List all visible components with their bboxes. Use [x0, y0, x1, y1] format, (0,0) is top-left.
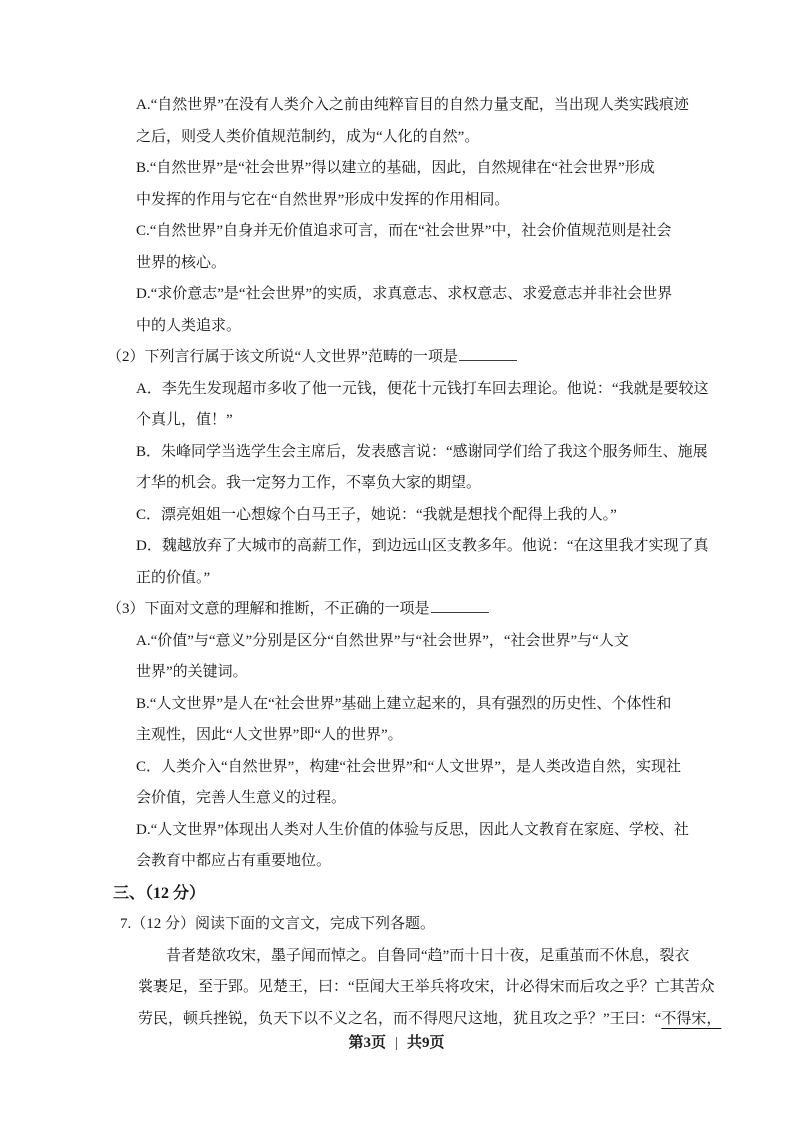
q1-option-c-line-1: C.“自然世界”自身并无价值追求可言，而在“社会世界”中，社会价值规范则是社会 [136, 216, 793, 248]
exam-page: A.“自然世界”在没有人类介入之前由纯粹盲目的自然力量支配，当出现人类实践痕迹 … [0, 0, 793, 1035]
q3-option-b-line-1: B.“人文世界”是人在“社会世界”基础上建立起来的，具有强烈的历史性、个体性和 [136, 689, 793, 721]
page-number: 第3页 [348, 1035, 386, 1051]
q3-stem: （3）下面对文意的理解和推断，不正确的一项是 [107, 594, 793, 626]
q3-option-a-line-1: A.“价值”与“意义”分别是区分“自然世界”与“社会世界”，“社会世界”与“人文 [136, 626, 793, 658]
page-total: 共9页 [407, 1035, 445, 1051]
q2-option-a-line-2: 个真儿，值！” [136, 405, 793, 437]
q3-option-c-line-1: C．人类介入“自然世界”，构建“社会世界”和“人文世界”，是人类改造自然，实现社 [136, 752, 793, 784]
q7-passage-line-2: 裳裹足，至于郢。见楚王，曰：“臣闻大王举兵将攻宋，计必得宋而后攻之乎？亡其苦众 [138, 972, 793, 1004]
q1-option-b-line-1: B.“自然世界”是“社会世界”得以建立的基础，因此，自然规律在“社会世界”形成 [136, 153, 793, 185]
q7-passage-line-3-text: 劳民，顿兵挫锐，负天下以不义之名，而不得咫尺这地，犹且攻之乎？”王曰：“ [138, 1011, 661, 1027]
footer-separator: | [395, 1031, 398, 1055]
page-footer: 第3页|共9页 [0, 1031, 793, 1055]
q2-answer-blank [459, 347, 517, 361]
q1-option-d-line-1: D.“求价意志”是“社会世界”的实质，求真意志、求权意志、求爱意志并非社会世界 [136, 279, 793, 311]
q1-option-a-line-2: 之后，则受人类价值规范制约，成为“人化的自然”。 [136, 122, 793, 154]
q3-option-c-line-2: 会价值，完善人生意义的过程。 [136, 783, 793, 815]
q3-option-d-line-1: D.“人文世界”体现出人类对人生价值的体验与反思，因此人文教育在家庭、学校、社 [136, 815, 793, 847]
q3-stem-text: （3）下面对文意的理解和推断，不正确的一项是 [107, 601, 430, 617]
section-3-heading: 三、（12 分） [113, 878, 793, 910]
q3-option-b-line-2: 主观性，因此“人文世界”即“人的世界”。 [136, 720, 793, 752]
q2-option-b-line-1: B．朱峰同学当选学生会主席后，发表感言说：“感谢同学们给了我这个服务师生、施展 [136, 437, 793, 469]
q2-stem-text: （2）下列言行属于该文所说“人文世界”范畴的一项是 [107, 349, 458, 365]
q7-passage-underlined-phrase: 不得宋， [661, 1011, 721, 1027]
q7-intro: 7.（12 分）阅读下面的文言文，完成下列各题。 [120, 909, 793, 941]
q2-option-a-line-1: A．李先生发现超市多收了他一元钱，便花十元钱打车回去理论。他说：“我就是要较这 [136, 374, 793, 406]
q2-option-c-line-1: C．漂亮姐姐一心想嫁个白马王子，她说：“我就是想找个配得上我的人。” [136, 500, 793, 532]
q2-option-d-line-2: 正的价值。” [136, 563, 793, 595]
q7-passage-line-1: 昔者楚欲攻宋，墨子闻而悼之。自鲁同“趋”而十日十夜，足重茧而不休息，裂衣 [166, 941, 793, 973]
q2-stem: （2）下列言行属于该文所说“人文世界”范畴的一项是 [107, 342, 793, 374]
q2-option-d-line-1: D．魏越放弃了大城市的高薪工作，到边远山区支教多年。他说：“在这里我才实现了真 [136, 531, 793, 563]
q1-option-b-line-2: 中发挥的作用与它在“自然世界”形成中发挥的作用相同。 [136, 185, 793, 217]
q3-option-d-line-2: 会教育中都应占有重要地位。 [136, 846, 793, 878]
q3-option-a-line-2: 世界”的关键词。 [136, 657, 793, 689]
q3-answer-blank [431, 599, 489, 613]
q1-option-c-line-2: 世界的核心。 [136, 248, 793, 280]
q1-option-d-line-2: 中的人类追求。 [136, 311, 793, 343]
q2-option-b-line-2: 才华的机会。我一定努力工作，不辜负大家的期望。 [136, 468, 793, 500]
q1-option-a-line-1: A.“自然世界”在没有人类介入之前由纯粹盲目的自然力量支配，当出现人类实践痕迹 [136, 90, 793, 122]
